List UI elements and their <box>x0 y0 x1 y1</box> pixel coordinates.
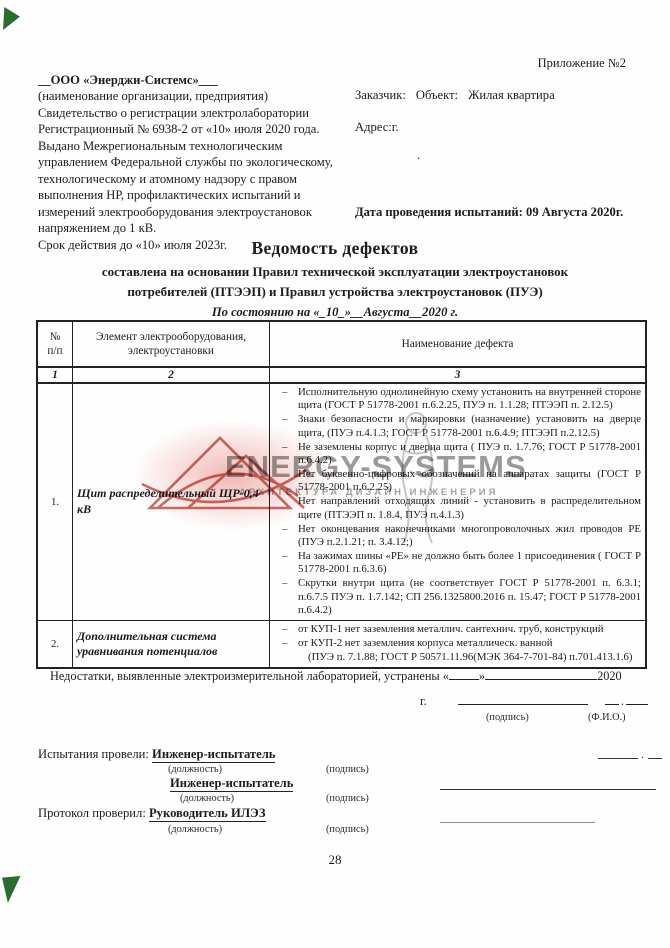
client-block: Заказчик:Объект:Жилая квартира Адрес:г. … <box>355 88 655 220</box>
element-name: Щит распределительный ЩР-0,4 кВ <box>73 383 270 620</box>
dash-marker: – <box>282 441 287 454</box>
tests-label: Испытания провели: <box>38 747 149 761</box>
defect-item: –На зажимах шины «РЕ» не должно быть бол… <box>274 550 641 576</box>
tests-performed-row: Испытания провели: Инженер-испытатель <box>38 747 275 762</box>
table-row: 1. Щит распределительный ЩР-0,4 кВ –Испо… <box>37 383 646 620</box>
defect-text: Нет направлений отходящих линий - устано… <box>298 495 641 520</box>
object-value: Жилая квартира <box>468 88 555 102</box>
position-caption: (должность) <box>168 824 222 835</box>
dash-marker: – <box>282 637 287 650</box>
defect-text: Не заземлены корпус и дверца щита ( ПУЭ … <box>298 441 641 466</box>
dash-marker: – <box>282 623 287 636</box>
object-label: Объект: <box>416 88 458 102</box>
day-blank <box>449 666 479 680</box>
document-subtitle: составлена на основании Правил техническ… <box>65 262 605 301</box>
organization-name: __ООО «Энерджи-Системс»___ <box>38 72 352 88</box>
defect-text: Нет оконцевания наконечниками многопрово… <box>298 523 641 548</box>
defect-text: Знаки безопасности и маркировки (назначе… <box>298 413 641 438</box>
test-date-label: Дата проведения испытаний: <box>355 205 523 219</box>
header-num: № п/п <box>37 321 73 367</box>
address-label: Адрес:г. <box>355 120 655 135</box>
defect-list: –Исполнительную однолинейную схему устан… <box>270 383 647 620</box>
defect-text: На зажимах шины «РЕ» не должно быть боле… <box>298 550 641 575</box>
dot-after-blank: . <box>641 747 644 762</box>
defect-item: –от КУП-2 нет заземления корпуса металли… <box>274 637 641 650</box>
table-header-row: № п/п Элемент электрооборудования, элект… <box>37 321 646 367</box>
defect-text: Скрутки внутри щита (не соответствует ГО… <box>298 577 641 615</box>
customer-label: Заказчик: <box>355 88 406 102</box>
signature-caption: (подпись) <box>326 824 369 835</box>
defect-text: от КУП-2 нет заземления корпуса металлич… <box>298 637 553 649</box>
defect-item: Нет направлений отходящих линий - устано… <box>274 495 641 521</box>
org-certificate-line: Свидетельство о регистрации электролабор… <box>38 105 352 121</box>
remedied-text: Недостатки, выявленные электроизмеритель… <box>50 669 440 683</box>
protocol-position: Руководитель ИЛЭЗ <box>149 806 266 822</box>
defect-item: –Не заземлены корпус и дверца щита ( ПУЭ… <box>274 441 641 467</box>
sig-blank-tiny <box>648 758 662 759</box>
row-number: 1. <box>37 383 73 620</box>
col-number-2: 2 <box>73 367 270 383</box>
column-number-row: 1 2 3 <box>37 367 646 383</box>
city-g-label: г. <box>420 694 427 708</box>
defect-item: –Исполнительную однолинейную схему устан… <box>274 386 641 412</box>
protocol-checked-row: Протокол проверил: Руководитель ИЛЭЗ <box>38 806 266 821</box>
fio-caption: (Ф.И.О.) <box>588 712 626 723</box>
dash-marker: – <box>282 550 287 563</box>
month-blank <box>485 666 597 680</box>
col-number-3: 3 <box>270 367 647 383</box>
sig-blank-gray <box>440 822 595 823</box>
dash-marker: – <box>282 413 287 426</box>
test-date-value: 09 Августа 2020г. <box>526 205 623 219</box>
defect-item: –Скрутки внутри щита (не соответствует Г… <box>274 577 641 617</box>
defect-list: –от КУП-1 нет заземления металлич. санте… <box>270 620 647 668</box>
dot-separator: . <box>621 694 624 709</box>
element-name: Дополнительная система уравнивания потен… <box>73 620 270 668</box>
defect-text: Исполнительную однолинейную схему устано… <box>298 386 641 411</box>
city-line: г. . <box>420 691 648 709</box>
defects-table: № п/п Элемент электрооборудования, элект… <box>36 320 647 669</box>
organization-block: __ООО «Энерджи-Системс»___ (наименование… <box>38 72 352 253</box>
corner-mark-top-icon <box>3 7 20 30</box>
signature-caption: (подпись) <box>486 712 529 723</box>
signature-caption: (подпись) <box>326 793 369 804</box>
dash-marker: – <box>282 523 287 536</box>
protocol-label: Протокол проверил: <box>38 806 146 820</box>
defect-text: (ПУЭ п. 7.1.88; ГОСТ Р 50571.11.96(МЭК 3… <box>308 651 633 663</box>
fio-blank-a <box>605 691 619 705</box>
table-row: 2. Дополнительная система уравнивания по… <box>37 620 646 668</box>
defect-text: от КУП-1 нет заземления металлич. сантех… <box>298 623 604 635</box>
document-page: Приложение №2 __ООО «Энерджи-Системс»___… <box>0 0 670 948</box>
row-number: 2. <box>37 620 73 668</box>
sig-blank-long <box>440 789 656 790</box>
tester2-position: Инженер-испытатель <box>170 776 293 792</box>
remedied-line: Недостатки, выявленные электроизмеритель… <box>50 666 642 684</box>
defect-item: Нет буквенно-цифровых обозначений на апп… <box>274 468 641 494</box>
position-caption: (должность) <box>168 764 222 775</box>
fio-blank-b <box>626 691 648 705</box>
address-dot: . <box>355 148 655 163</box>
dash-marker: – <box>282 386 287 399</box>
header-element: Элемент электрооборудования, электроуста… <box>73 321 270 367</box>
page-number: 28 <box>0 852 670 868</box>
defect-item: –от КУП-1 нет заземления металлич. санте… <box>274 623 641 636</box>
defect-item: (ПУЭ п. 7.1.88; ГОСТ Р 50571.11.96(МЭК 3… <box>274 651 641 664</box>
position-caption: (должность) <box>180 793 234 804</box>
corner-mark-bottom-icon <box>2 876 23 903</box>
tester1-position: Инженер-испытатель <box>152 747 275 763</box>
as-of-date-line: По состоянию на «_10_»__Августа__2020 г. <box>0 305 670 320</box>
tester2-row: Инженер-испытатель <box>170 776 293 791</box>
col-number-1: 1 <box>37 367 73 383</box>
org-registration-line: Регистрационный № 6938-2 от «10» июля 20… <box>38 121 352 137</box>
defect-item: –Нет оконцевания наконечниками многопров… <box>274 523 641 549</box>
header-defect: Наименование дефекта <box>270 321 647 367</box>
signature-blank <box>458 691 588 705</box>
year-value: 2020 <box>597 669 622 683</box>
appendix-label: Приложение №2 <box>538 56 626 71</box>
dash-marker: – <box>282 577 287 590</box>
signature-caption: (подпись) <box>326 764 369 775</box>
sig-blank-short <box>598 758 638 759</box>
defect-text: Нет буквенно-цифровых обозначений на апп… <box>298 468 641 493</box>
defect-item: –Знаки безопасности и маркировки (назнач… <box>274 413 641 439</box>
document-title: Ведомость дефектов <box>0 238 670 259</box>
organization-caption: (наименование организации, предприятия) <box>38 88 352 104</box>
org-issuer-paragraph: Выдано Межрегиональным технологическим у… <box>38 138 352 237</box>
